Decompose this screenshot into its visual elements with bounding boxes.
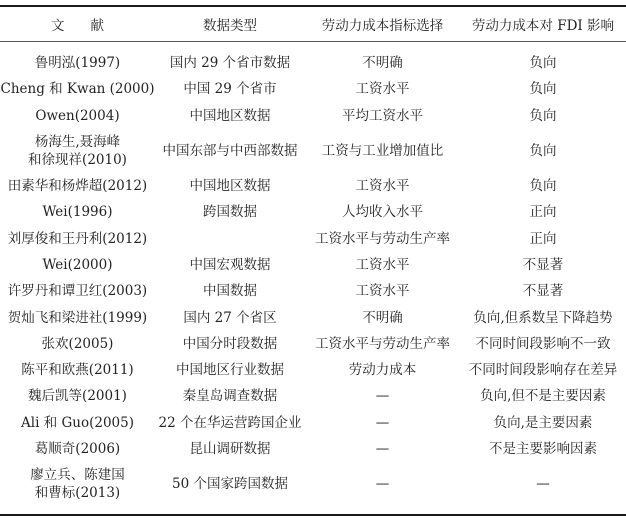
header-literature-char2: 献 (91, 18, 105, 34)
cell-data-type: 秦皇岛调查数据 (155, 383, 305, 409)
author-line: 和曹标(2013) (0, 484, 155, 502)
cell-author: Wei(2000) (0, 252, 155, 278)
cell-indicator: 工资水平与劳动生产率 (305, 331, 460, 357)
cell-indicator: — (305, 410, 460, 436)
author-line: 廖立兵、陈建国 (0, 466, 155, 484)
author-line: Owen(2004) (0, 107, 155, 125)
cell-author: 魏后凯等(2001) (0, 383, 155, 409)
cell-data-type: 中国东部与中西部数据 (155, 129, 305, 173)
literature-review-table: 文献 数据类型 劳动力成本指标选择 劳动力成本对 FDI 影响 鲁明泓(1997… (0, 5, 626, 516)
cell-effect: 负向 (460, 42, 626, 77)
cell-data-type: 跨国数据 (155, 199, 305, 225)
cell-indicator: 工资水平与劳动生产率 (305, 225, 460, 251)
cell-effect: 负向 (460, 129, 626, 173)
cell-indicator: 工资水平 (305, 252, 460, 278)
cell-indicator: 人均收入水平 (305, 199, 460, 225)
cell-effect: 负向 (460, 173, 626, 199)
author-line: 张欢(2005) (0, 335, 155, 353)
table-row: 鲁明泓(1997)国内 29 个省市数据不明确负向 (0, 42, 626, 77)
cell-effect: 负向,是主要因素 (460, 410, 626, 436)
cell-author: Ali 和 Guo(2005) (0, 410, 155, 436)
cell-indicator: — (305, 462, 460, 515)
cell-effect: 负向 (460, 76, 626, 102)
cell-effect: 负向 (460, 103, 626, 129)
cell-author: 廖立兵、陈建国和曹标(2013) (0, 462, 155, 515)
cell-effect: 不显著 (460, 278, 626, 304)
cell-data-type: 昆山调研数据 (155, 436, 305, 462)
table-body: 鲁明泓(1997)国内 29 个省市数据不明确负向Cheng 和 Kwan (2… (0, 42, 626, 516)
cell-author: 贺灿飞和梁进社(1999) (0, 304, 155, 330)
table-header: 文献 数据类型 劳动力成本指标选择 劳动力成本对 FDI 影响 (0, 6, 626, 42)
table-row: Ali 和 Guo(2005)22 个在华运营跨国企业—负向,是主要因素 (0, 410, 626, 436)
cell-effect: 负向,但系数呈下降趋势 (460, 304, 626, 330)
table-row: 葛顺奇(2006)昆山调研数据—不是主要影响因素 (0, 436, 626, 462)
cell-data-type: 国内 29 个省市数据 (155, 42, 305, 77)
cell-effect: 正向 (460, 199, 626, 225)
cell-indicator: 工资与工业增加值比 (305, 129, 460, 173)
cell-data-type: 中国宏观数据 (155, 252, 305, 278)
table-row: 张欢(2005)中国分时段数据工资水平与劳动生产率不同时间段影响不一致 (0, 331, 626, 357)
table-row: Owen(2004)中国地区数据平均工资水平负向 (0, 103, 626, 129)
cell-author: 鲁明泓(1997) (0, 42, 155, 77)
table-row: 廖立兵、陈建国和曹标(2013)50 个国家跨国数据—— (0, 462, 626, 515)
author-line: 葛顺奇(2006) (0, 440, 155, 458)
cell-indicator: 不明确 (305, 304, 460, 330)
cell-author: 葛顺奇(2006) (0, 436, 155, 462)
cell-effect: 正向 (460, 225, 626, 251)
header-literature: 文献 (0, 6, 155, 42)
cell-effect: 不是主要影响因素 (460, 436, 626, 462)
author-line: 魏后凯等(2001) (0, 387, 155, 405)
cell-data-type: 中国地区数据 (155, 103, 305, 129)
table-row: 魏后凯等(2001)秦皇岛调查数据—负向,但不是主要因素 (0, 383, 626, 409)
cell-author: 陈平和欧燕(2011) (0, 357, 155, 383)
cell-author: Wei(1996) (0, 199, 155, 225)
table-row: 刘厚俊和王丹利(2012)工资水平与劳动生产率正向 (0, 225, 626, 251)
cell-indicator: 劳动力成本 (305, 357, 460, 383)
cell-data-type: 国内 27 个省区 (155, 304, 305, 330)
cell-author: 杨海生,聂海峰和徐现祥(2010) (0, 129, 155, 173)
table-row: Cheng 和 Kwan (2000)中国 29 个省市工资水平负向 (0, 76, 626, 102)
cell-effect: 不同时间段影响存在差异 (460, 357, 626, 383)
author-line: Cheng 和 Kwan (2000) (0, 80, 155, 98)
cell-indicator: — (305, 383, 460, 409)
author-line: Ali 和 Guo(2005) (0, 414, 155, 432)
cell-data-type: 中国地区数据 (155, 173, 305, 199)
cell-author: 张欢(2005) (0, 331, 155, 357)
author-line: 刘厚俊和王丹利(2012) (0, 230, 155, 248)
cell-indicator: 工资水平 (305, 76, 460, 102)
author-line: Wei(2000) (0, 256, 155, 274)
header-indicator: 劳动力成本指标选择 (305, 6, 460, 42)
header-literature-char1: 文 (51, 18, 65, 34)
author-line: 陈平和欧燕(2011) (0, 361, 155, 379)
cell-author: Cheng 和 Kwan (2000) (0, 76, 155, 102)
table-row: Wei(2000)中国宏观数据工资水平不显著 (0, 252, 626, 278)
cell-author: Owen(2004) (0, 103, 155, 129)
cell-data-type: 中国地区行业数据 (155, 357, 305, 383)
author-line: Wei(1996) (0, 203, 155, 221)
cell-data-type: 中国数据 (155, 278, 305, 304)
table-row: 贺灿飞和梁进社(1999)国内 27 个省区不明确负向,但系数呈下降趋势 (0, 304, 626, 330)
author-line: 鲁明泓(1997) (0, 54, 155, 72)
cell-author: 刘厚俊和王丹利(2012) (0, 225, 155, 251)
cell-indicator: 不明确 (305, 42, 460, 77)
author-line: 杨海生,聂海峰 (0, 133, 155, 151)
cell-effect: 不显著 (460, 252, 626, 278)
cell-data-type: 50 个国家跨国数据 (155, 462, 305, 515)
cell-indicator: — (305, 436, 460, 462)
cell-data-type: 22 个在华运营跨国企业 (155, 410, 305, 436)
table-row: 许罗丹和谭卫红(2003)中国数据工资水平不显著 (0, 278, 626, 304)
cell-author: 许罗丹和谭卫红(2003) (0, 278, 155, 304)
literature-table-container: 文献 数据类型 劳动力成本指标选择 劳动力成本对 FDI 影响 鲁明泓(1997… (0, 5, 626, 516)
header-effect: 劳动力成本对 FDI 影响 (460, 6, 626, 42)
cell-data-type: 中国 29 个省市 (155, 76, 305, 102)
cell-data-type (155, 225, 305, 251)
cell-author: 田素华和杨烨超(2012) (0, 173, 155, 199)
cell-effect: — (460, 462, 626, 515)
cell-indicator: 平均工资水平 (305, 103, 460, 129)
author-line: 和徐现祥(2010) (0, 151, 155, 169)
cell-indicator: 工资水平 (305, 278, 460, 304)
header-row: 文献 数据类型 劳动力成本指标选择 劳动力成本对 FDI 影响 (0, 6, 626, 42)
table-row: Wei(1996)跨国数据人均收入水平正向 (0, 199, 626, 225)
table-row: 田素华和杨烨超(2012)中国地区数据工资水平负向 (0, 173, 626, 199)
author-line: 贺灿飞和梁进社(1999) (0, 309, 155, 327)
header-data-type: 数据类型 (155, 6, 305, 42)
cell-effect: 负向,但不是主要因素 (460, 383, 626, 409)
table-row: 杨海生,聂海峰和徐现祥(2010)中国东部与中西部数据工资与工业增加值比负向 (0, 129, 626, 173)
cell-effect: 不同时间段影响不一致 (460, 331, 626, 357)
cell-indicator: 工资水平 (305, 173, 460, 199)
cell-data-type: 中国分时段数据 (155, 331, 305, 357)
author-line: 田素华和杨烨超(2012) (0, 177, 155, 195)
table-row: 陈平和欧燕(2011)中国地区行业数据劳动力成本不同时间段影响存在差异 (0, 357, 626, 383)
author-line: 许罗丹和谭卫红(2003) (0, 282, 155, 300)
